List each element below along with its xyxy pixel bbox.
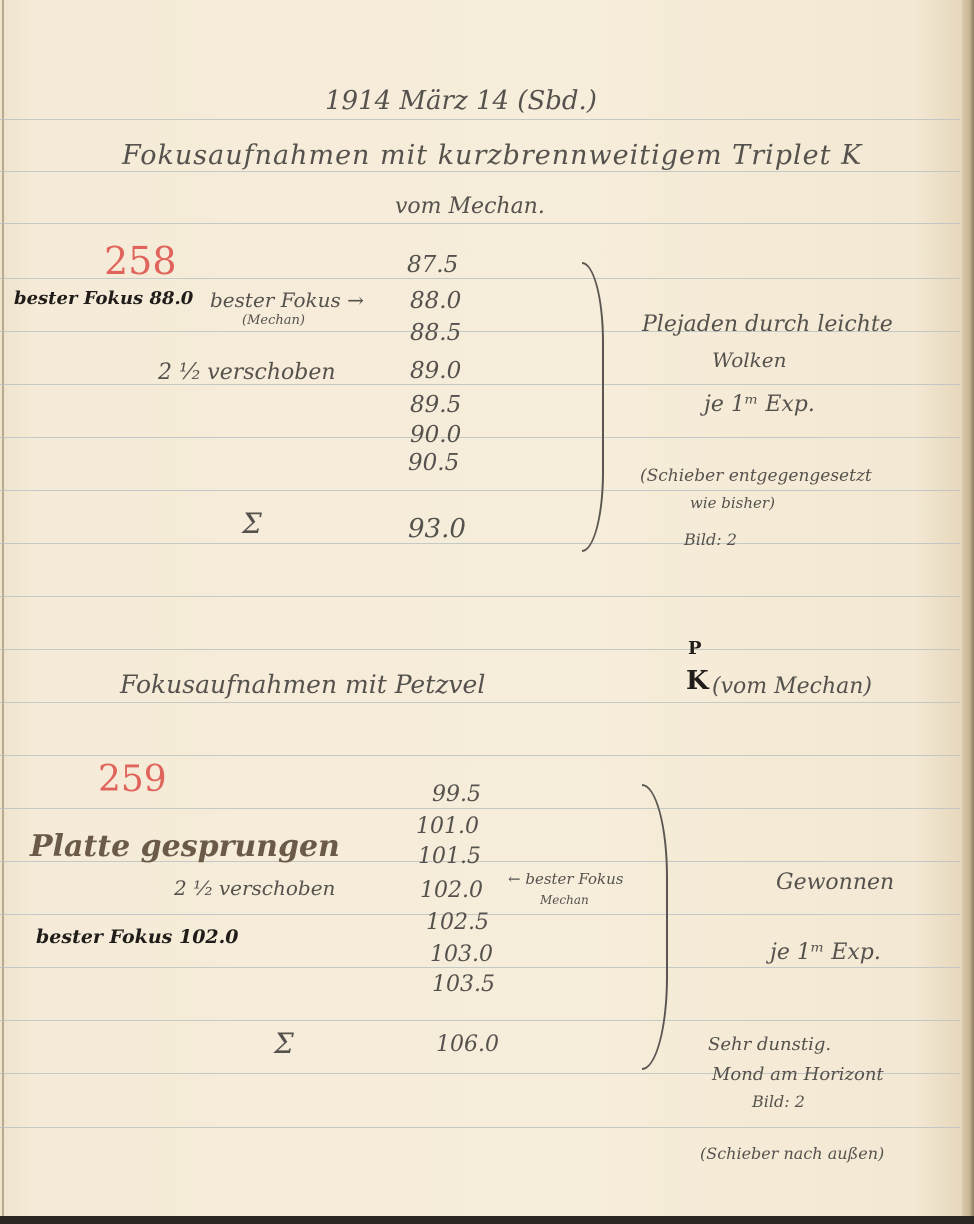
ruled-line — [0, 384, 960, 385]
focus-value: 89.5 — [410, 394, 461, 417]
ruled-line — [0, 702, 960, 703]
remark: Wolken — [712, 350, 786, 370]
remark: (Schieber entgegengesetzt — [640, 468, 872, 485]
title-mark: K — [686, 668, 709, 694]
remark: je 1ᵐ Exp. — [770, 942, 881, 964]
margin-best-focus: bester Fokus 102.0 — [36, 928, 238, 947]
focus-value: 103.5 — [432, 974, 495, 996]
focus-value: 102.0 — [420, 880, 483, 902]
ruled-line — [0, 119, 960, 120]
margin-best-focus: bester Fokus 88.0 — [14, 290, 193, 308]
notebook-page: 1914 März 14 (Sbd.) Fokusaufnahmen mit k… — [0, 0, 962, 1216]
ruled-line — [0, 808, 960, 809]
ruled-line — [0, 649, 960, 650]
best-focus-source: Mechan — [540, 894, 589, 906]
page-bottom-shadow — [0, 1216, 974, 1224]
remark: Mond am Horizont — [712, 1066, 884, 1084]
remark: wie bisher) — [690, 496, 775, 511]
ruled-line — [0, 437, 960, 438]
shift-note: 2 ⅟₂ verschoben — [174, 878, 335, 898]
focus-value: 99.5 — [432, 784, 481, 806]
remark: Sehr dunstig. — [708, 1036, 831, 1054]
remark: Bild: 2 — [752, 1094, 805, 1110]
remark: (Schieber nach außen) — [700, 1146, 884, 1162]
section-title-2: Fokusaufnahmen mit Petzvel — [120, 672, 485, 697]
focus-value: 101.0 — [416, 816, 479, 838]
focus-value: 88.0 — [410, 290, 461, 313]
sigma-symbol: Σ — [242, 510, 262, 538]
ruled-line — [0, 223, 960, 224]
remark: Bild: 2 — [684, 532, 737, 548]
entry-date: 1914 März 14 (Sbd.) — [325, 88, 597, 114]
ruled-line — [0, 543, 960, 544]
focus-value: 90.0 — [410, 424, 461, 447]
ruled-line — [0, 171, 960, 172]
ruled-line — [0, 755, 960, 756]
best-focus-source: (Mechan) — [242, 314, 305, 327]
section-title-2-suffix: (vom Mechan) — [712, 676, 872, 698]
ruled-line — [0, 967, 960, 968]
page-left-edge — [2, 0, 4, 1216]
focus-value: 103.0 — [430, 944, 493, 966]
section-title-1-sub: vom Mechan. — [395, 196, 545, 218]
brace-icon — [582, 262, 604, 552]
remark: je 1ᵐ Exp. — [704, 394, 815, 416]
sum-value: 93.0 — [408, 516, 466, 542]
plate-number: 259 — [98, 762, 167, 798]
focus-value: 88.5 — [410, 322, 461, 345]
page-edge — [962, 0, 974, 1216]
ruled-line — [0, 490, 960, 491]
brace-icon — [642, 784, 668, 1070]
shift-note: 2 ⅟₂ verschoben — [158, 362, 336, 384]
section-title-1: Fokusaufnahmen mit kurzbrennweitigem Tri… — [122, 142, 862, 169]
sigma-symbol: Σ — [274, 1030, 294, 1058]
focus-value: 87.5 — [407, 254, 458, 277]
title-mark-sup: P — [688, 640, 702, 658]
best-focus-label: bester Fokus → — [210, 290, 364, 310]
sum-value: 106.0 — [436, 1034, 499, 1056]
plate-number: 258 — [104, 242, 177, 280]
focus-value: 90.5 — [408, 452, 459, 475]
focus-value: 89.0 — [410, 360, 461, 383]
best-focus-label: ← bester Fokus — [508, 872, 623, 887]
focus-value: 102.5 — [426, 912, 489, 934]
plate-broken-note: Platte gesprungen — [30, 832, 340, 862]
focus-value: 101.5 — [418, 846, 481, 868]
ruled-line — [0, 1020, 960, 1021]
remark: Plejaden durch leichte — [642, 314, 893, 336]
remark: Gewonnen — [776, 872, 894, 894]
ruled-line — [0, 596, 960, 597]
ruled-line — [0, 1127, 960, 1128]
